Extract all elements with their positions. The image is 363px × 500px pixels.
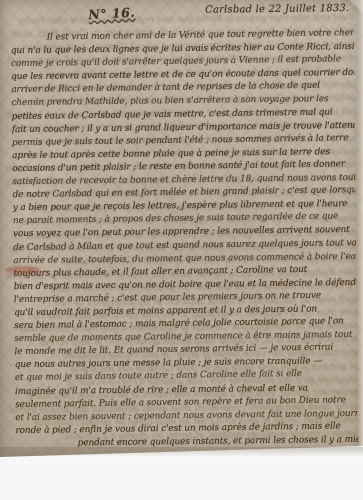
letter-number: N° 16. [88,5,136,23]
letter-header: N° 16. Carlsbad le 22 Juillet 1833. [10,3,353,29]
letter-body: Il est vrai mon cher ami de la Vérité qu… [11,28,359,451]
letter-dateline: Carlsbad le 22 Juillet 1833. [205,3,353,16]
letter-content: N° 16. Carlsbad le 22 Juillet 1833. Il e… [10,3,358,451]
scanned-letter-photo: Il est vrai mon cher ami de la Vérité qu… [0,0,363,500]
letter-paper: Il est vrai mon cher ami de la Vérité qu… [0,0,363,457]
paper-bottom-edge-shadow [0,447,363,457]
red-ink-word-mark [5,266,41,274]
